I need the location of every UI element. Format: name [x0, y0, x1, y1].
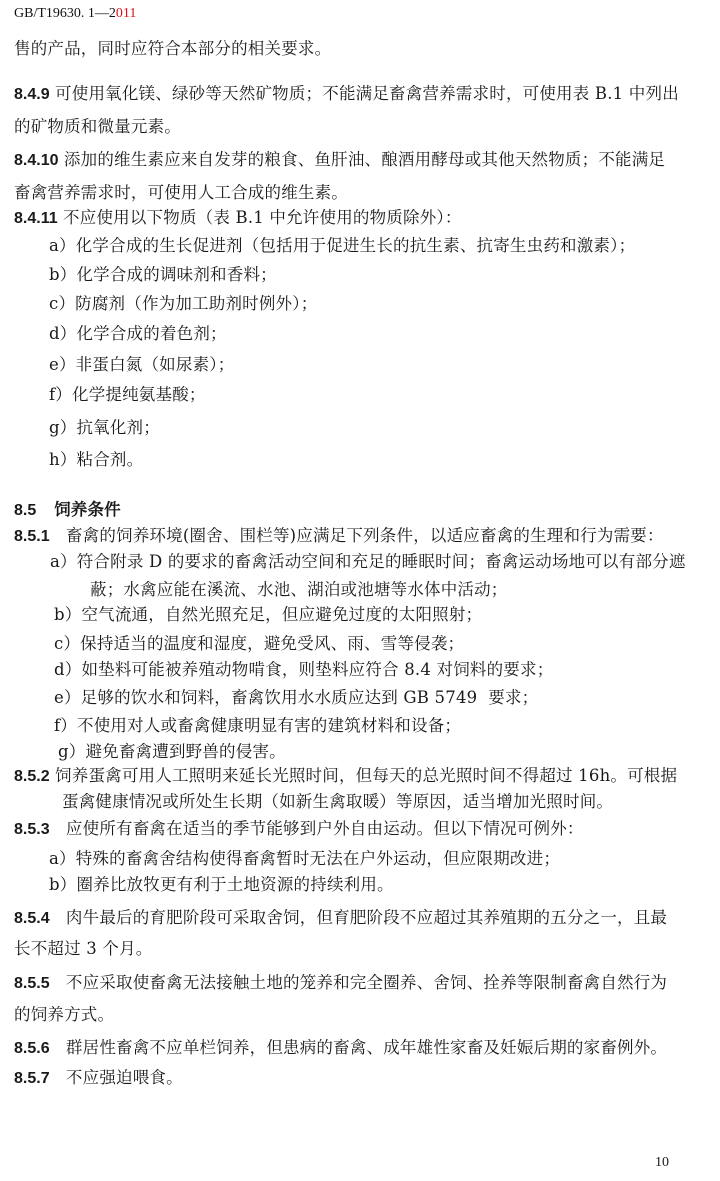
clause-text: 群居性畜禽不应单栏饲养，但患病的畜禽、成年雄性家畜及妊娠后期的家畜例外。: [50, 1038, 668, 1057]
clause-text: 不应使用以下物质（表 B.1 中允许使用的物质除外）：: [58, 208, 462, 227]
text-line: h）粘合剂。: [49, 450, 143, 470]
clause-number: 8.4.10: [14, 152, 58, 169]
clause-line: 8.4.11 不应使用以下物质（表 B.1 中允许使用的物质除外）：: [14, 208, 462, 229]
text-line: 的矿物质和微量元素。: [14, 117, 181, 137]
clause-text: a）化学合成的生长促进剂（包括用于促进生长的抗生素、抗寄生虫药和激素）；: [49, 236, 635, 255]
clause-number: 8.5.3: [14, 821, 50, 838]
clause-text: e）足够的饮水和饲料，畜禽饮用水水质应达到 GB 5749 要求；: [54, 688, 538, 707]
clause-text: 饲养蛋禽可用人工照明来延长光照时间，但每天的总光照时间不得超过 16h。可根据: [50, 766, 678, 785]
clause-text: b）化学合成的调味剂和香料；: [49, 265, 277, 284]
text-line: 长不超过 3 个月。: [14, 939, 153, 959]
text-line: 的饲养方式。: [14, 1005, 114, 1025]
clause-line: 8.5.4 肉牛最后的育肥阶段可采取舍饲，但育肥阶段不应超过其养殖期的五分之一，…: [14, 908, 667, 929]
text-line: f）不使用对人或畜禽健康明显有害的建筑材料和设备；: [54, 716, 461, 736]
clause-text: 的饲养方式。: [14, 1005, 114, 1024]
clause-text: g）抗氧化剂；: [49, 418, 160, 437]
text-line: a）特殊的畜禽舍结构使得畜禽暂时无法在户外运动，但应限期改进；: [49, 849, 560, 869]
clause-text: 肉牛最后的育肥阶段可采取舍饲，但育肥阶段不应超过其养殖期的五分之一，且最: [50, 908, 668, 927]
clause-text: 不应强迫喂食。: [50, 1068, 183, 1087]
clause-text: b）圈养比放牧更有利于土地资源的持续利用。: [49, 875, 394, 894]
clause-text: 长不超过 3 个月。: [14, 939, 153, 958]
text-line: 畜禽营养需求时，可使用人工合成的维生素。: [14, 183, 348, 203]
text-line: g）避免畜禽遭到野兽的侵害。: [58, 742, 286, 762]
text-line: c）保持适当的温度和湿度，避免受风、雨、雪等侵袭；: [54, 634, 464, 654]
text-line: d）化学合成的着色剂；: [49, 324, 227, 344]
clause-number: 8.5: [14, 502, 36, 519]
text-line: c）防腐剂（作为加工助剂时例外）；: [49, 294, 317, 314]
clause-text: 添加的维生素应来自发芽的粮食、鱼肝油、酿酒用酵母或其他天然物质；不能满足: [58, 150, 665, 169]
clause-line: 8.5.1 畜禽的饲养环境(圈舍、围栏等)应满足下列条件，以适应畜禽的生理和行为…: [14, 526, 664, 547]
text-line: f）化学提纯氨基酸；: [49, 385, 206, 405]
clause-number: 8.5.1: [14, 528, 50, 545]
text-line: a）符合附录 D 的要求的畜禽活动空间和充足的睡眠时间；畜禽运动场地可以有部分遮: [50, 552, 686, 572]
clause-line: 8.5.7 不应强迫喂食。: [14, 1068, 183, 1089]
clause-text: 不应采取使畜禽无法接触土地的笼养和完全圈养、舍饲、拴养等限制畜禽自然行为: [50, 973, 668, 992]
text-line: d）如垫料可能被养殖动物啃食，则垫料应符合 8.4 对饲料的要求；: [54, 660, 553, 680]
text-line: a）化学合成的生长促进剂（包括用于促进生长的抗生素、抗寄生虫药和激素）；: [49, 236, 635, 256]
text-line: e）非蛋白氮（如尿素）；: [49, 355, 234, 375]
clause-number: 8.5.2: [14, 768, 50, 785]
clause-number: 8.4.11: [14, 210, 58, 227]
text-line: e）足够的饮水和饲料，畜禽饮用水水质应达到 GB 5749 要求；: [54, 688, 538, 708]
clause-text: 畜禽营养需求时，可使用人工合成的维生素。: [14, 183, 348, 202]
clause-text: h）粘合剂。: [49, 450, 143, 469]
section-title: 饲养条件: [36, 500, 121, 519]
clause-line: 8.5.6 群居性畜禽不应单栏饲养，但患病的畜禽、成年雄性家畜及妊娠后期的家畜例…: [14, 1038, 667, 1059]
clause-text: e）非蛋白氮（如尿素）；: [49, 355, 234, 374]
clause-text: b）空气流通，自然光照充足，但应避免过度的太阳照射；: [54, 605, 482, 624]
clause-text: d）如垫料可能被养殖动物啃食，则垫料应符合 8.4 对饲料的要求；: [54, 660, 553, 679]
clause-text: a）特殊的畜禽舍结构使得畜禽暂时无法在户外运动，但应限期改进；: [49, 849, 560, 868]
clause-text: 蔽；水禽应能在溪流、水池、湖泊或池塘等水体中活动；: [90, 580, 508, 599]
clause-text: d）化学合成的着色剂；: [49, 324, 227, 343]
clause-text: 可使用氧化镁、绿砂等天然矿物质；不能满足畜禽营养需求时，可使用表 B.1 中列出: [50, 84, 679, 103]
text-line: 售的产品，同时应符合本部分的相关要求。: [14, 39, 331, 59]
clause-line: 8.4.9 可使用氧化镁、绿砂等天然矿物质；不能满足畜禽营养需求时，可使用表 B…: [14, 84, 679, 105]
clause-text: 应使所有畜禽在适当的季节能够到户外自由运动。但以下情况可例外：: [50, 819, 584, 838]
clause-text: a）符合附录 D 的要求的畜禽活动空间和充足的睡眠时间；畜禽运动场地可以有部分遮: [50, 552, 686, 571]
clause-text: f）化学提纯氨基酸；: [49, 385, 206, 404]
clause-text: c）保持适当的温度和湿度，避免受风、雨、雪等侵袭；: [54, 634, 464, 653]
clause-number: 8.4.9: [14, 86, 50, 103]
clause-number: 8.5.7: [14, 1070, 50, 1087]
text-line: 蔽；水禽应能在溪流、水池、湖泊或池塘等水体中活动；: [90, 580, 508, 600]
clause-line: 8.5 饲养条件: [14, 500, 121, 521]
clause-text: g）避免畜禽遭到野兽的侵害。: [58, 742, 286, 761]
clause-number: 8.5.5: [14, 975, 50, 992]
document-header: GB/T19630. 1—2011: [14, 6, 136, 22]
text-line: b）空气流通，自然光照充足，但应避免过度的太阳照射；: [54, 605, 482, 625]
standard-year-suffix: 011: [116, 6, 136, 21]
clause-text: f）不使用对人或畜禽健康明显有害的建筑材料和设备；: [54, 716, 461, 735]
clause-text: 的矿物质和微量元素。: [14, 117, 181, 136]
clause-line: 8.5.2 饲养蛋禽可用人工照明来延长光照时间，但每天的总光照时间不得超过 16…: [14, 766, 677, 787]
standard-code: GB/T19630. 1—2: [14, 6, 116, 21]
text-line: g）抗氧化剂；: [49, 418, 160, 438]
clause-text: c）防腐剂（作为加工助剂时例外）；: [49, 294, 317, 313]
clause-line: 8.5.3 应使所有畜禽在适当的季节能够到户外自由运动。但以下情况可例外：: [14, 819, 584, 840]
page-number: 10: [655, 1155, 669, 1171]
clause-line: 8.4.10 添加的维生素应来自发芽的粮食、鱼肝油、酿酒用酵母或其他天然物质；不…: [14, 150, 665, 171]
clause-text: 售的产品，同时应符合本部分的相关要求。: [14, 39, 331, 58]
clause-number: 8.5.6: [14, 1040, 50, 1057]
clause-text: 畜禽的饲养环境(圈舍、围栏等)应满足下列条件，以适应畜禽的生理和行为需要：: [50, 526, 664, 545]
clause-line: 8.5.5 不应采取使畜禽无法接触土地的笼养和完全圈养、舍饲、拴养等限制畜禽自然…: [14, 973, 667, 994]
clause-text: 蛋禽健康情况或所处生长期（如新生禽取暖）等原因，适当增加光照时间。: [62, 792, 613, 811]
text-line: b）圈养比放牧更有利于土地资源的持续利用。: [49, 875, 394, 895]
clause-number: 8.5.4: [14, 910, 50, 927]
text-line: b）化学合成的调味剂和香料；: [49, 265, 277, 285]
text-line: 蛋禽健康情况或所处生长期（如新生禽取暖）等原因，适当增加光照时间。: [62, 792, 613, 812]
